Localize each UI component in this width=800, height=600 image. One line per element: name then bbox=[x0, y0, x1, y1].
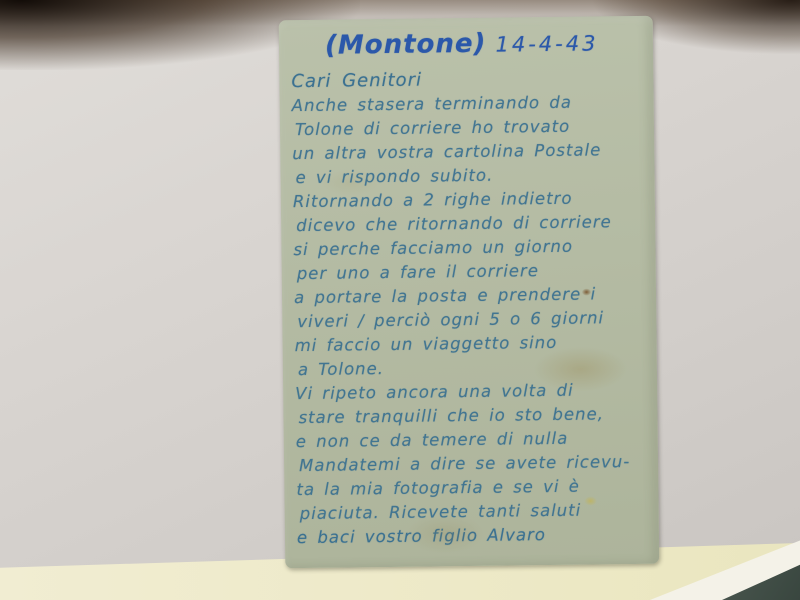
photo-frame: (Montone) 14-4-43 Cari Genitori Anche st… bbox=[0, 0, 800, 600]
date-text: 14-4-43 bbox=[495, 31, 598, 56]
letter-paper: (Montone) 14-4-43 Cari Genitori Anche st… bbox=[279, 16, 660, 569]
handwritten-line-signature: e baci vostro figlio Alvaro bbox=[297, 522, 649, 550]
handwritten-line: piaciuta. Ricevete tanti saluti bbox=[300, 498, 649, 526]
letter-header: (Montone) 14-4-43 bbox=[291, 22, 644, 70]
location-text: (Montone) bbox=[325, 29, 487, 61]
